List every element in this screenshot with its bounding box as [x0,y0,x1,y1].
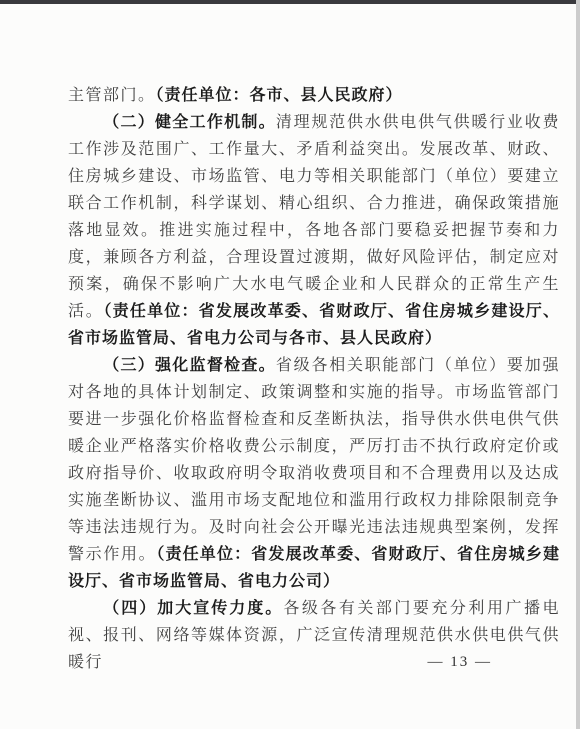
document-body: 主管部门。（责任单位：各市、县人民政府）（二）健全工作机制。清理规范供水供电供气… [68,82,560,676]
text-segment: 省级各相关职能部门（单位）要加强对各地的具体计划制定、政策调整和实施的指导。市场… [68,357,560,563]
text-segment-bold: （责任单位：省发展改革委、省财政厅、省住房城乡建设厅、省市场监管局、省电力公司与… [68,303,560,347]
text-segment-bold: （三）强化监督检查。 [103,357,276,374]
paragraph: 主管部门。（责任单位：各市、县人民政府） [68,82,560,109]
text-segment-bold: （四）加大宣传力度。 [103,600,283,617]
text-segment: 主管部门。 [68,87,156,104]
scan-edge-top [0,0,580,4]
text-segment-bold: （二）健全工作机制。 [103,114,276,131]
page-number: — 13 — [428,654,493,671]
paragraph: （二）健全工作机制。清理规范供水供电供气供暖行业收费工作涉及范围广、工作量大、矛… [68,109,560,352]
text-segment-bold: （责任单位：各市、县人民政府） [156,87,403,104]
scan-edge-right [576,0,580,729]
document-page: 主管部门。（责任单位：各市、县人民政府）（二）健全工作机制。清理规范供水供电供气… [0,0,580,729]
paragraph: （三）强化监督检查。省级各相关职能部门（单位）要加强对各地的具体计划制定、政策调… [68,352,560,595]
text-segment: 清理规范供水供电供气供暖行业收费工作涉及范围广、工作量大、矛盾利益突出。发展改革… [68,114,560,320]
